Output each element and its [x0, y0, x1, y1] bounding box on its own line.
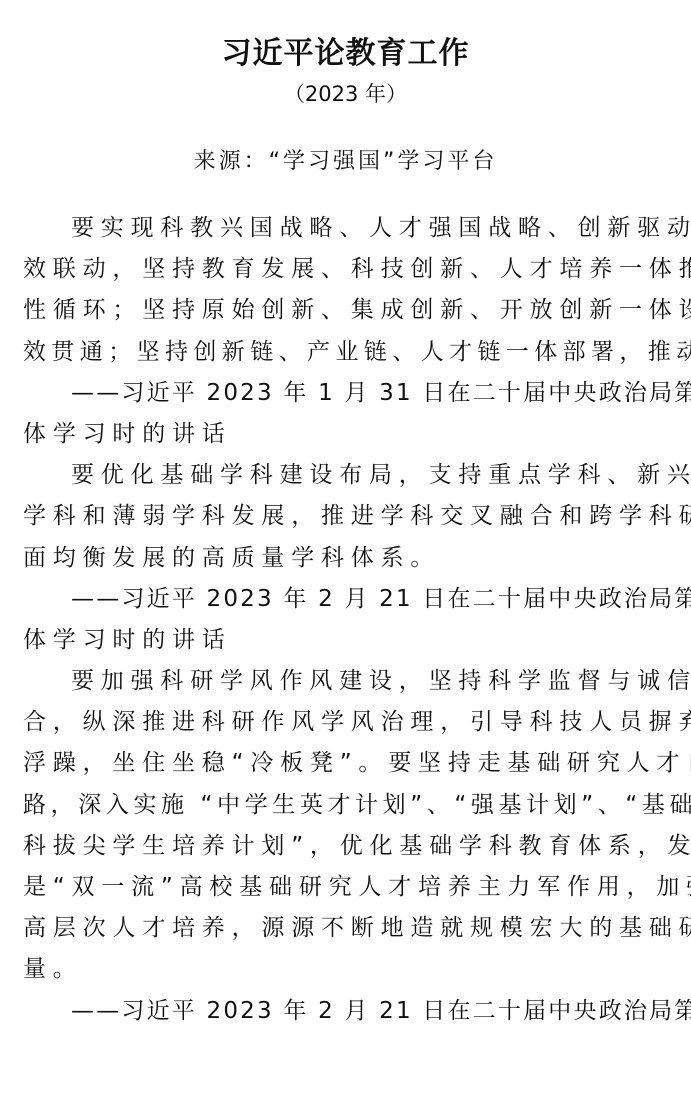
paragraph-1-line-1: 要实现科教兴国战略、人才强国战略、创新驱动发展战略有 [23, 208, 669, 249]
paragraph-1-line-2: 效联动，坚持教育发展、科技创新、人才培养一体推进，形成良 [23, 249, 669, 290]
paragraph-2-line-3: 面均衡发展的高质量学科体系。 [23, 538, 669, 579]
paragraph-1-line-3: 性循环；坚持原始创新、集成创新、开放创新一体设计，实现有 [23, 290, 669, 331]
paragraph-2-line-2: 学科和薄弱学科发展，推进学科交叉融合和跨学科研究，构筑全 [23, 496, 669, 537]
attribution-3-line-1: ——习近平 2023 年 2 月 21 日在二十届中央政治局第三次集 [23, 991, 669, 1032]
paragraph-3-line-6: 是“双一流”高校基础研究人才培养主力军作用，加强国家急需 [23, 867, 669, 908]
paragraph-3-line-4: 路，深入实施 “中学生英才计划”、“强基计划”、“基础学 [23, 785, 669, 826]
attribution-1-line-1: ——习近平 2023 年 1 月 31 日在二十届中央政治局第二次集 [23, 373, 669, 414]
paragraph-3-line-7: 高层次人才培养，源源不断地造就规模宏大的基础研究后备力 [23, 908, 669, 949]
paragraph-3-line-3: 浮躁，坐住坐稳“冷板凳”。要坚持走基础研究人才自主培养之 [23, 743, 669, 784]
paragraph-1-line-4: 效贯通；坚持创新链、产业链、人才链一体部署，推动深度融合。 [23, 332, 669, 373]
document-title: 习近平论教育工作 [0, 28, 691, 72]
paragraph-3-line-2: 合，纵深推进科研作风学风治理，引导科技人员摒弃浮夸、祛除 [23, 702, 669, 743]
paragraph-3-line-5: 科拔尖学生培养计划”，优化基础学科教育体系，发挥高校特别 [23, 826, 669, 867]
paragraph-2-line-1: 要优化基础学科建设布局，支持重点学科、新兴学科、冷门 [23, 455, 669, 496]
document-body: 要实现科教兴国战略、人才强国战略、创新驱动发展战略有 效联动，坚持教育发展、科技… [23, 208, 669, 1032]
document-source: 来源：“学习强国”学习平台 [0, 144, 691, 175]
paragraph-3-line-1: 要加强科研学风作风建设，坚持科学监督与诚信教育相结 [23, 661, 669, 702]
attribution-2-line-1: ——习近平 2023 年 2 月 21 日在二十届中央政治局第三次集 [23, 579, 669, 620]
paragraph-3-line-8: 量。 [23, 949, 669, 990]
attribution-2-line-2: 体学习时的讲话 [23, 620, 669, 661]
document-year: （2023 年） [0, 78, 691, 108]
attribution-1-line-2: 体学习时的讲话 [23, 414, 669, 455]
